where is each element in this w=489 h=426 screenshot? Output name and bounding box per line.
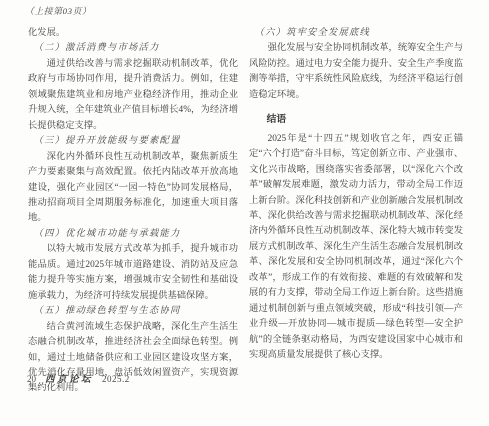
page-footer: 20 西京论坛 2025.2 <box>27 371 130 385</box>
section-body-6: 强化发展与安全协同机制改革，统筹安全生产与风险防控。通过电力安全能力提升、安全生… <box>249 41 463 103</box>
section-heading-2: （二）激活消费与市场活力 <box>28 41 238 56</box>
section-body-4: 以特大城市发展方式改革为抓手，提升城市功能品质。通过2025年城市道路建设、消防… <box>28 242 238 304</box>
section-heading-3: （三）提升开放能级与要素配置 <box>28 134 238 149</box>
section-body-3: 深化内外循环良性互动机制改革，聚焦新质生产力要素聚集与高效配置。依托内陆改革开放… <box>28 150 238 227</box>
issue-number: 2025.2 <box>102 374 130 384</box>
left-column: 化发展。 （二）激活消费与市场活力 通过供给改善与需求挖掘联动机制改革，优化政府… <box>28 26 238 397</box>
right-column: （六）筑牢安全发展底线 强化发展与安全协同机制改革，统筹安全生产与风险防控。通过… <box>249 26 463 364</box>
journal-page: （上接第03页） 化发展。 （二）激活消费与市场活力 通过供给改善与需求挖掘联动… <box>0 0 489 426</box>
continuation-note: （上接第03页） <box>25 4 91 17</box>
section-heading-4: （四）优化城市功能与承载能力 <box>28 227 238 242</box>
conclusion-body: 2025年是“十四五”规划收官之年，西安正锚定“六个打造”奋斗目标，笃定创新立市… <box>249 132 463 364</box>
section-heading-6: （六）筑牢安全发展底线 <box>249 26 463 41</box>
page-number: 20 <box>27 374 36 384</box>
conclusion-heading: 结语 <box>249 112 463 127</box>
section-body-2: 通过供给改善与需求挖掘联动机制改革，优化政府与市场协同作用，提升消费活力。例如，… <box>28 57 238 134</box>
journal-name: 西京论坛 <box>45 371 93 385</box>
section-heading-5: （五）推动绿色转型与生态协同 <box>28 304 238 319</box>
paragraph-fragment: 化发展。 <box>28 26 238 41</box>
section-body-5: 结合黄河流域生态保护战略，深化生产生活生态融合机制改革，推进经济社会全面绿色转型… <box>28 320 238 397</box>
